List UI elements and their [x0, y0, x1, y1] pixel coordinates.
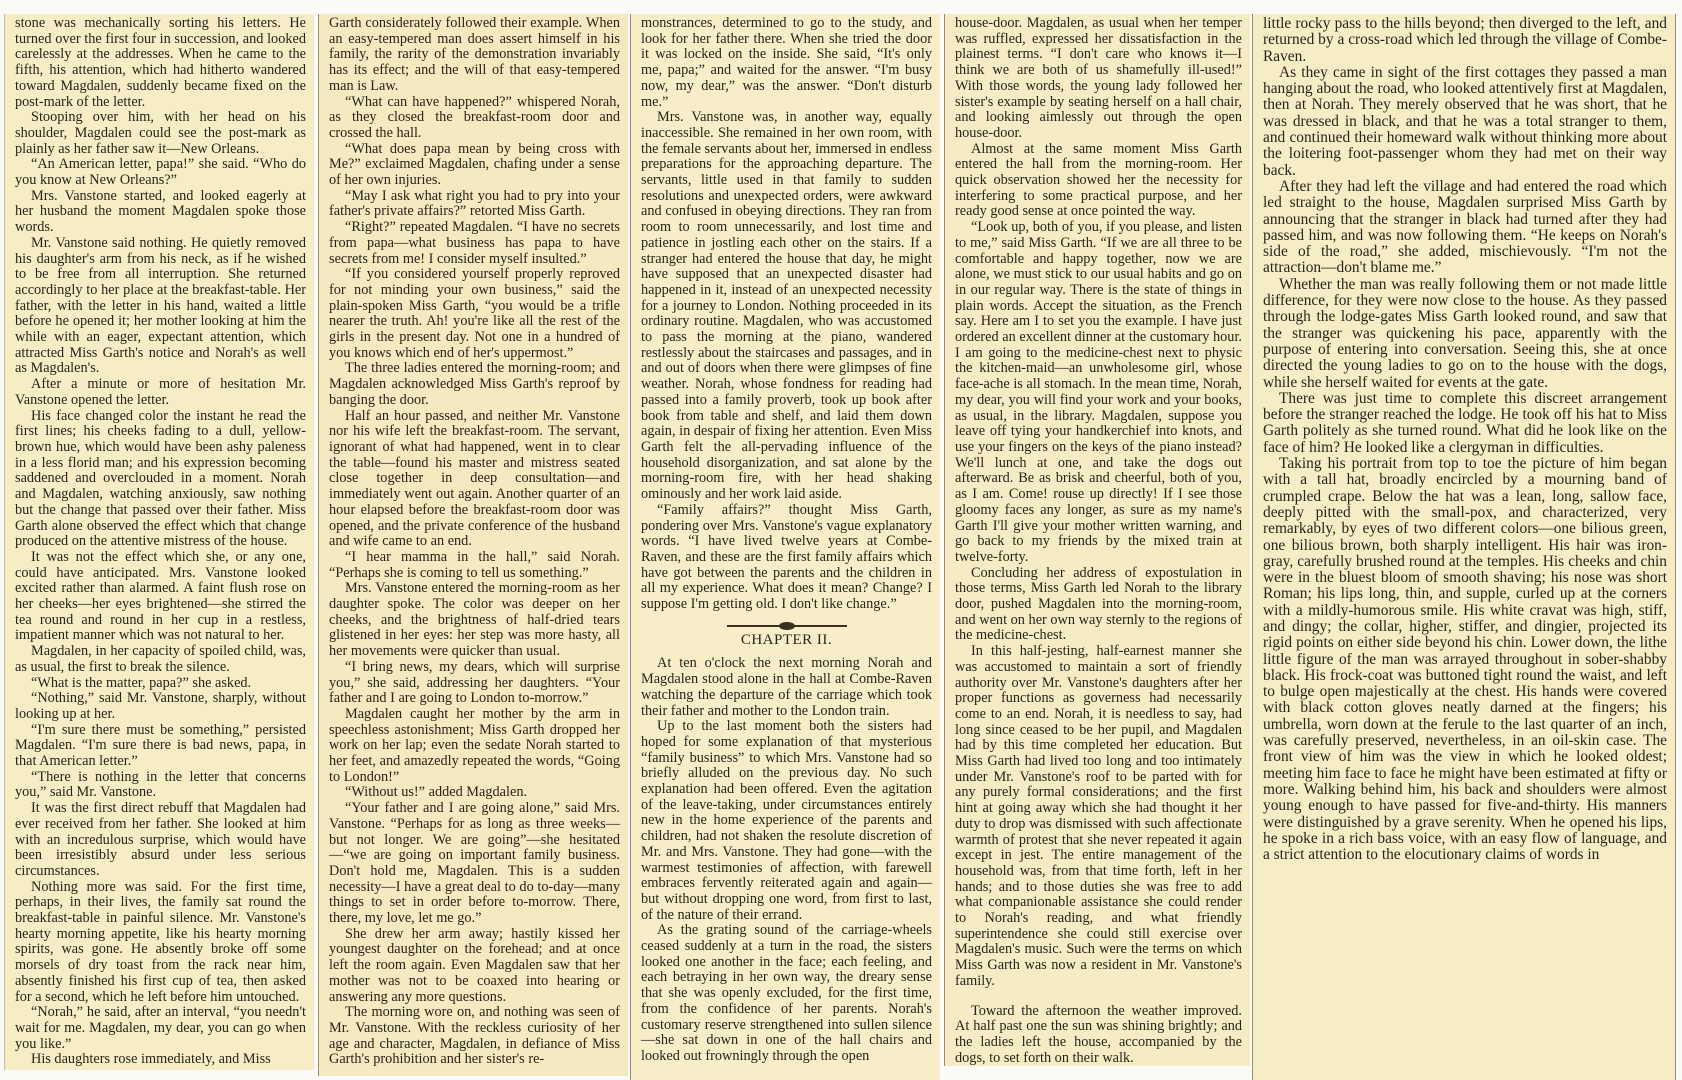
- paragraph: stone was mechanically sorting his lette…: [15, 16, 306, 110]
- section-break: [955, 990, 1242, 1004]
- paragraph: “Look up, both of you, if you please, an…: [955, 220, 1242, 565]
- paragraph: Magdalen caught her mother by the arm in…: [329, 707, 620, 786]
- paragraph: “An American letter, papa!” she said. “W…: [15, 157, 306, 188]
- paragraph: In this half-jesting, half-earnest manne…: [955, 644, 1242, 989]
- paragraph: “Family affairs?” thought Miss Garth, po…: [641, 503, 932, 613]
- paragraph: Up to the last moment both the sisters h…: [641, 719, 932, 923]
- paragraph: As they came in sight of the first cotta…: [1263, 65, 1667, 179]
- paragraph: The three ladies entered the morning-roo…: [329, 361, 620, 408]
- paragraph: “What can have happened?” whispered Nora…: [329, 95, 620, 142]
- text-column-1: stone was mechanically sorting his lette…: [4, 14, 314, 1070]
- text-column-4: house-door. Magdalen, as usual when her …: [944, 14, 1250, 1066]
- newspaper-page: stone was mechanically sorting his lette…: [0, 0, 1682, 1080]
- paragraph: There was just time to complete this dis…: [1263, 391, 1667, 456]
- paragraph: Garth considerately followed their examp…: [329, 16, 620, 95]
- paragraph: “Right?” repeated Magdalen. “I have no s…: [329, 220, 620, 267]
- paragraph: “I'm sure there must be something,” pers…: [15, 723, 306, 770]
- paragraph: Mrs. Vanstone was, in another way, equal…: [641, 110, 932, 503]
- paragraph: Almost at the same moment Miss Garth ent…: [955, 142, 1242, 221]
- paragraph: Toward the afternoon the weather improve…: [955, 1004, 1242, 1066]
- chapter-heading: CHAPTER II.: [641, 633, 932, 649]
- paragraph: His daughters rose immediately, and Miss: [15, 1052, 306, 1068]
- paragraph: “What is the matter, papa?” she asked.: [15, 676, 306, 692]
- paragraph: “I hear mamma in the hall,” said Norah. …: [329, 550, 620, 581]
- paragraph: house-door. Magdalen, as usual when her …: [955, 16, 1242, 142]
- text-column-5: little rocky pass to the hills beyond; t…: [1252, 14, 1676, 1080]
- paragraph: Mrs. Vanstone entered the morning-room a…: [329, 581, 620, 660]
- text-column-2: Garth considerately followed their examp…: [318, 14, 628, 1076]
- paragraph: As the grating sound of the carriage-whe…: [641, 923, 932, 1064]
- paragraph: Magdalen, in her capacity of spoiled chi…: [15, 644, 306, 675]
- paragraph: “May I ask what right you had to pry int…: [329, 189, 620, 220]
- paragraph: “Your father and I are going alone,” sai…: [329, 801, 620, 927]
- paragraph: “If you considered yourself properly rep…: [329, 267, 620, 361]
- paragraph: Mr. Vanstone said nothing. He quietly re…: [15, 236, 306, 377]
- paragraph: Taking his portrait from top to toe the …: [1263, 456, 1667, 863]
- paragraph: After they had left the village and had …: [1263, 179, 1667, 277]
- paragraph: monstrances, determined to go to the stu…: [641, 16, 932, 110]
- ornamental-rule: [727, 625, 847, 627]
- paragraph: Nothing more was said. For the first tim…: [15, 880, 306, 1006]
- paragraph: Whether the man was really following the…: [1263, 277, 1667, 391]
- paragraph: The morning wore on, and nothing was see…: [329, 1005, 620, 1068]
- paragraph: It was not the effect which she, or any …: [15, 550, 306, 644]
- paragraph: It was the first direct rebuff that Magd…: [15, 801, 306, 880]
- paragraph: “Norah,” he said, after an interval, “yo…: [15, 1005, 306, 1052]
- paragraph: She drew her arm away; hastily kissed he…: [329, 927, 620, 1006]
- paragraph: Half an hour passed, and neither Mr. Van…: [329, 409, 620, 550]
- paragraph: Concluding her address of expostulation …: [955, 566, 1242, 645]
- paragraph: little rocky pass to the hills beyond; t…: [1263, 16, 1667, 65]
- paragraph: His face changed color the instant he re…: [15, 409, 306, 550]
- text-column-3: monstrances, determined to go to the stu…: [630, 14, 940, 1080]
- paragraph: “Nothing,” said Mr. Vanstone, sharply, w…: [15, 691, 306, 722]
- paragraph: After a minute or more of hesitation Mr.…: [15, 377, 306, 408]
- paragraph: At ten o'clock the next morning Norah an…: [641, 656, 932, 719]
- paragraph: Mrs. Vanstone started, and looked eagerl…: [15, 189, 306, 236]
- paragraph: Stooping over him, with her head on his …: [15, 110, 306, 157]
- paragraph: “I bring news, my dears, which will surp…: [329, 660, 620, 707]
- paragraph: “Without us!” added Magdalen.: [329, 785, 620, 801]
- paragraph: “What does papa mean by being cross with…: [329, 142, 620, 189]
- paragraph: “There is nothing in the letter that con…: [15, 770, 306, 801]
